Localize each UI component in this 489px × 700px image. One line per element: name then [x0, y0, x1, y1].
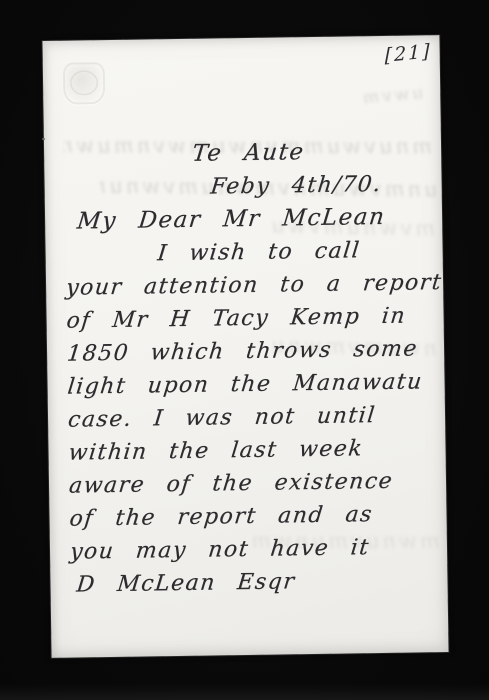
letter-text: Te Aute Feby 4th/70. My Dear Mr McLean I…: [42, 35, 448, 658]
dust-speck: [42, 138, 45, 140]
date-line: Feby 4th/70.: [209, 167, 444, 203]
body-line: I wish to call: [156, 233, 445, 270]
letter-paper: [21] uwvm mnuvwummvnwumwvnmuwm unmvwumnv…: [42, 35, 448, 658]
place-line: Te Aute: [190, 134, 443, 171]
addressee-line: D McLean Esqr: [75, 563, 450, 602]
scanned-letter-photo: [21] uwvm mnuvwummvnwumwvnmuwm unmvwumnv…: [0, 0, 489, 700]
salutation-line: My Dear Mr McLean: [75, 200, 444, 238]
